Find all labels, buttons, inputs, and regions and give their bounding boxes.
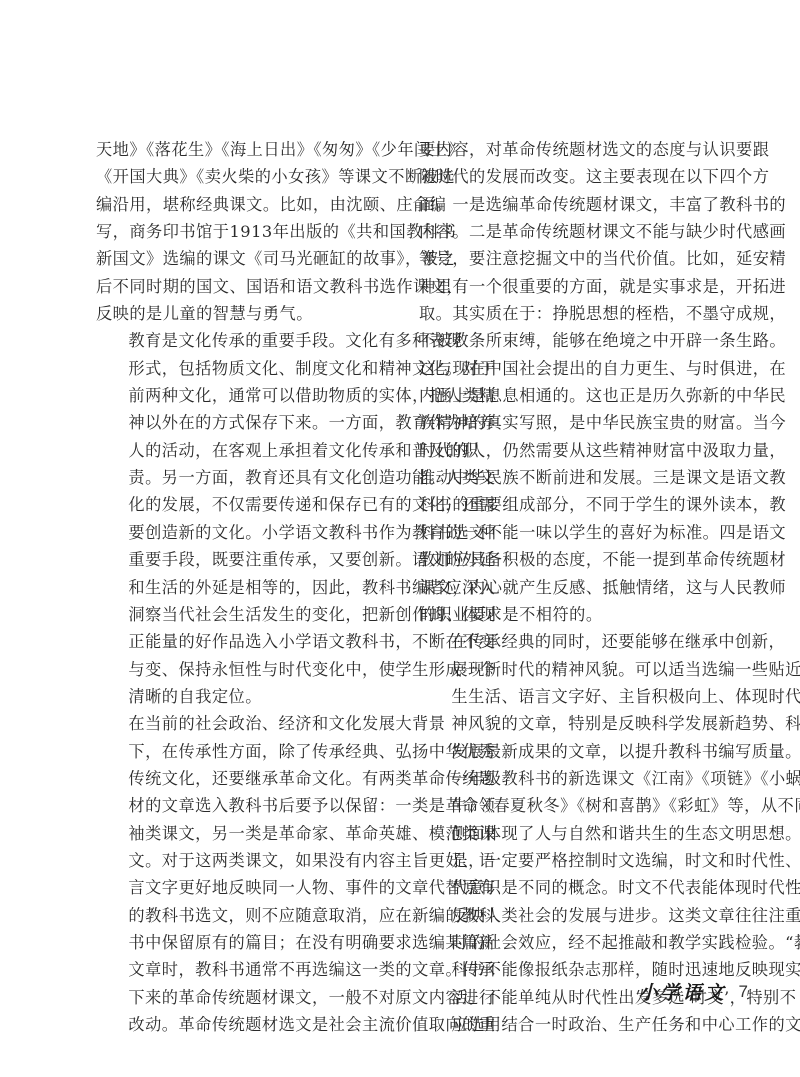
text-line: 族精神的真实写照，是中华民族宝贵的财富。当今 xyxy=(419,409,747,436)
text-line: 神以外在的方式保存下来。一方面，教育作为培养 xyxy=(96,409,424,436)
text-line: 教师应具备积极的态度，不能一提到革命传统题材 xyxy=(419,546,747,573)
page-footer: 小学语文 7 xyxy=(639,978,748,1005)
text-line: 前两种文化，通常可以借助物质的实体，把人类精 xyxy=(96,382,424,409)
text-line: 文。对于这两类课文，如果没有内容主旨更好、语 xyxy=(96,847,424,874)
document-page: 天地》《落花生》《海上日出》《匆匆》《少年闰土》《开国大典》《卖火柴的小女孩》等… xyxy=(0,0,800,1077)
text-line: 一年级教科书的新选课文《江南》《项链》《小蜗 xyxy=(419,765,747,792)
text-line: 不被教条所束缚，能够在绝境之中开辟一条生路。 xyxy=(419,327,747,354)
text-line: 在传承经典的同时，还要能够在继承中创新， xyxy=(419,628,747,655)
text-line: 下，在传承性方面，除了传承经典、弘扬中华优秀 xyxy=(96,738,424,765)
text-line: 时的社会效应，经不起推敲和教学实践检验。“教 xyxy=(419,929,747,956)
text-line: 是，一定要严格控制时文选编，时文和时代性、现 xyxy=(419,847,747,874)
text-line: 人的活动，在客观上承担着文化传承和普及的职 xyxy=(96,437,424,464)
text-line: 神风貌的文章，特别是反映科学发展新趋势、科技 xyxy=(419,710,747,737)
text-line: 文章时，教科书通常不再选编这一类的文章。传承 xyxy=(96,956,424,983)
text-line: 与变、保持永恒性与时代变化中，使学生形成一个 xyxy=(96,656,424,683)
text-line: 反映的是儿童的智慧与勇气。 xyxy=(96,300,424,327)
text-line: 袖类课文，另一类是革命家、革命英雄、模范类课 xyxy=(96,820,424,847)
text-line: 面。一是选编革命传统题材课文，丰富了教科书的 xyxy=(419,191,747,218)
text-line: 等号，要注意挖掘文中的当代价值。比如，延安精 xyxy=(419,245,747,272)
text-line: 随时代的发展而改变。这主要表现在以下四个方 xyxy=(419,163,747,190)
paragraph: 教育是文化传承的重要手段。文化有多种表现形式，包括物质文化、制度文化和精神文化。… xyxy=(96,327,424,710)
text-line: 写，商务印书馆于1913年出版的《共和国教科书 xyxy=(96,218,424,245)
left-text-column: 天地》《落花生》《海上日出》《匆匆》《少年闰土》《开国大典》《卖火柴的小女孩》等… xyxy=(96,136,424,1038)
paragraph: 在传承经典的同时，还要能够在继承中创新，展现新时代的精神风貌。可以适当选编一些贴… xyxy=(419,628,747,1038)
text-line: 内容。二是革命传统题材课文不能与缺少时代感画 xyxy=(419,218,747,245)
text-line: 的教科书选文，则不应随意取消，应在新编的教科 xyxy=(96,902,424,929)
text-line: 神里有一个很重要的方面，就是实事求是，开拓进 xyxy=(419,273,747,300)
text-line: 材的文章选入教科书后要予以保留：一类是革命领 xyxy=(96,792,424,819)
right-text-column: 要内容，对革命传统题材选文的态度与认识要跟随时代的发展而改变。这主要表现在以下四… xyxy=(419,136,747,1038)
text-line: 责。另一方面，教育还具有文化创造功能。人类文 xyxy=(96,464,424,491)
text-line: 展现新时代的精神风貌。可以适当选编一些贴近学 xyxy=(419,656,747,683)
text-line: 在当前的社会政治、经济和文化发展大背景 xyxy=(96,710,424,737)
text-line: 侧面体现了人与自然和谐共生的生态文明思想。但 xyxy=(419,820,747,847)
text-line: 牛》《春夏秋冬》《树和喜鹊》《彩虹》等，从不同 xyxy=(419,792,747,819)
text-line: 这与现在中国社会提出的自力更生、与时俱进，在 xyxy=(419,355,747,382)
text-line: 重要手段，既要注重传承，又要创新。语文的外延 xyxy=(96,546,424,573)
journal-name: 小学语文 xyxy=(639,978,727,1005)
text-line: 时代的人，仍然需要从这些精神财富中汲取力量， xyxy=(419,437,747,464)
text-line: 后不同时期的国文、国语和语文教科书选作课文， xyxy=(96,273,424,300)
text-line: 的职业要求是不相符的。 xyxy=(419,601,747,628)
paragraph: 要内容，对革命传统题材选文的态度与认识要跟随时代的发展而改变。这主要表现在以下四… xyxy=(419,136,747,628)
text-line: 教育是文化传承的重要手段。文化有多种表现 xyxy=(96,327,424,354)
text-line: 要内容，对革命传统题材选文的态度与认识要跟 xyxy=(419,136,747,163)
text-line: 编沿用，堪称经典课文。比如，由沈颐、庄俞编 xyxy=(96,191,424,218)
text-line: 内涵上是息息相通的。这也正是历久弥新的中华民 xyxy=(419,382,747,409)
text-line: 言文字更好地反映同一人物、事件的文章代替原有 xyxy=(96,874,424,901)
text-line: 取。其实质在于：挣脱思想的桎梏，不墨守成规， xyxy=(419,300,747,327)
paragraph: 天地》《落花生》《海上日出》《匆匆》《少年闰土》《开国大典》《卖火柴的小女孩》等… xyxy=(96,136,424,327)
text-line: 书中保留原有的篇目；在没有明确要求选编某篇新 xyxy=(96,929,424,956)
text-line: 代意识是不同的概念。时文不代表能体现时代性， xyxy=(419,874,747,901)
text-line: 要创造新的文化。小学语文教科书作为教育的一种 xyxy=(96,519,424,546)
text-line: 化的发展，不仅需要传递和保存已有的文化，还需 xyxy=(96,491,424,518)
text-line: 清晰的自我定位。 xyxy=(96,683,424,710)
page-number: 7 xyxy=(739,982,748,1002)
text-line: 《开国大典》《卖火柴的小女孩》等课文不断被选 xyxy=(96,163,424,190)
text-line: 反映人类社会的发展与进步。这类文章往往注重一 xyxy=(419,902,747,929)
text-line: 天地》《落花生》《海上日出》《匆匆》《少年闰土》 xyxy=(96,136,424,163)
text-line: 推动中华民族不断前进和发展。三是课文是语文教 xyxy=(419,464,747,491)
text-line: 发展最新成果的文章，以提升教科书编写质量。如 xyxy=(419,738,747,765)
text-line: 应选用结合一时政治、生产任务和中心工作的文 xyxy=(419,1011,747,1038)
text-line: 科书的重要组成部分，不同于学生的课外读本，教 xyxy=(419,491,747,518)
text-line: 改动。革命传统题材选文是社会主流价值取向的重 xyxy=(96,1011,424,1038)
text-line: 和生活的外延是相等的，因此，教科书编者应深入 xyxy=(96,574,424,601)
text-line: 下来的革命传统题材课文，一般不对原文内容进行 xyxy=(96,984,424,1011)
text-line: 形式，包括物质文化、制度文化和精神文化。对于 xyxy=(96,355,424,382)
text-line: 生生活、语言文字好、主旨积极向上、体现时代精 xyxy=(419,683,747,710)
text-line: 科书选文不能一味以学生的喜好为标准。四是语文 xyxy=(419,519,747,546)
text-line: 课文，内心就产生反感、抵触情绪，这与人民教师 xyxy=(419,574,747,601)
text-line: 新国文》选编的课文《司马光砸缸的故事》，被之 xyxy=(96,245,424,272)
text-line: 传统文化，还要继承革命文化。有两类革命传统题 xyxy=(96,765,424,792)
text-line: 正能量的好作品选入小学语文教科书，不断在不变 xyxy=(96,628,424,655)
paragraph: 在当前的社会政治、经济和文化发展大背景下，在传承性方面，除了传承经典、弘扬中华优… xyxy=(96,710,424,1038)
text-line: 洞察当代社会生活发生的变化，把新创作的、体现 xyxy=(96,601,424,628)
